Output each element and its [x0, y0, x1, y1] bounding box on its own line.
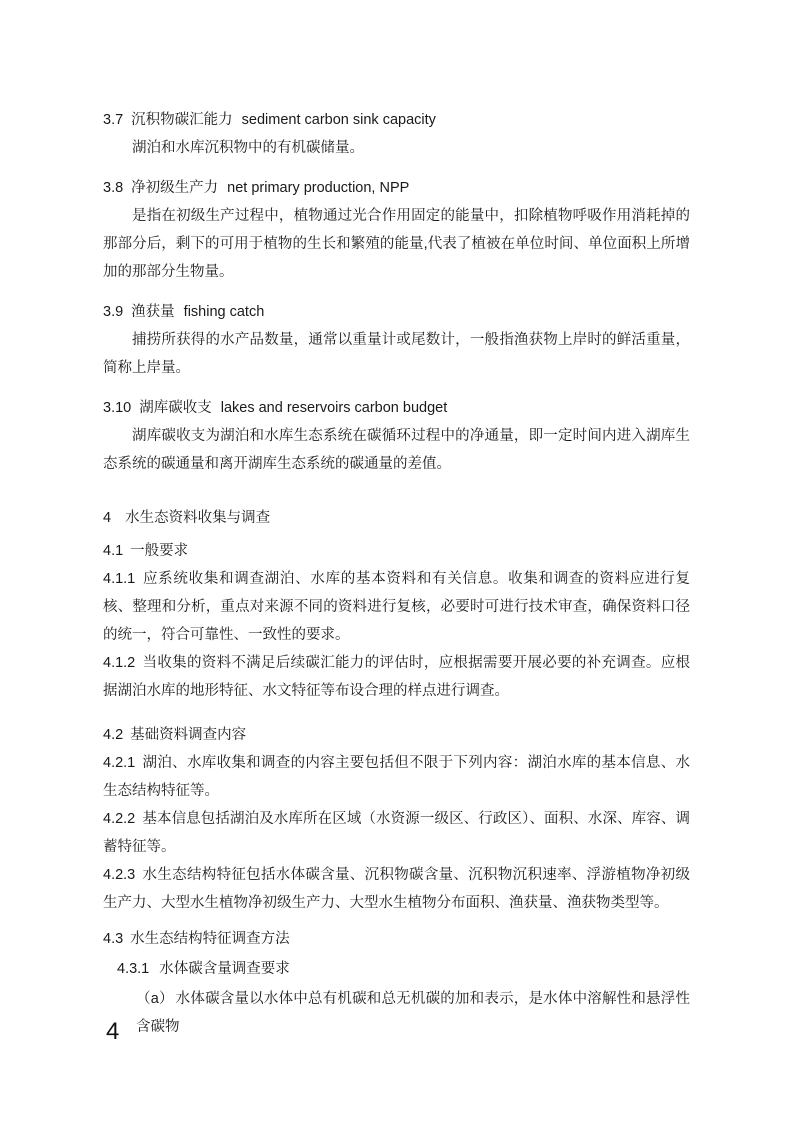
term-heading: 3.7沉积物碳汇能力sediment carbon sink capacity: [103, 106, 690, 134]
term-section-3-9: 3.9渔获量fishing catch 捕捞所获得的水产品数量，通常以重量计或尾…: [103, 298, 690, 382]
term-title-en: sediment carbon sink capacity: [242, 112, 436, 128]
section-4-1: 4.1一般要求 4.1.1应系统收集和调查湖泊、水库的基本资料和有关信息。收集和…: [103, 537, 690, 705]
clause-number: 4.1.2: [103, 655, 135, 671]
subsection-heading-4-3-1: 4.3.1水体碳含量调查要求: [103, 955, 690, 983]
clause-4-1-2: 4.1.2当收集的资料不满足后续碳汇能力的评估时，应根据需要开展必要的补充调查。…: [103, 649, 690, 705]
chapter-heading: 4水生态资料收集与调查: [103, 504, 690, 532]
term-heading: 3.10湖库碳收支lakes and reservoirs carbon bud…: [103, 394, 690, 422]
list-item-a: （a）水体碳含量以水体中总有机碳和总无机碳的加和表示，是水体中溶解性和悬浮性含碳…: [103, 985, 690, 1041]
term-number: 3.7: [103, 112, 123, 128]
document-page: 3.7沉积物碳汇能力sediment carbon sink capacity …: [0, 0, 793, 1122]
clause-4-2-2: 4.2.2基本信息包括湖泊及水库所在区域（水资源一级区、行政区）、面积、水深、库…: [103, 805, 690, 861]
term-number: 3.8: [103, 180, 123, 196]
list-item-text: 水体碳含量以水体中总有机碳和总无机碳的加和表示，是水体中溶解性和悬浮性含碳物: [136, 991, 690, 1035]
clause-text: 水生态结构特征包括水体碳含量、沉积物碳含量、沉积物沉积速率、浮游植物净初级生产力…: [103, 867, 690, 911]
term-title-zh: 沉积物碳汇能力: [131, 112, 233, 128]
term-number: 3.10: [103, 400, 131, 416]
section-4-2: 4.2基础资料调查内容 4.2.1湖泊、水库收集和调查的内容主要包括但不限于下列…: [103, 721, 690, 917]
clause-4-1-1: 4.1.1应系统收集和调查湖泊、水库的基本资料和有关信息。收集和调查的资料应进行…: [103, 565, 690, 649]
term-section-3-10: 3.10湖库碳收支lakes and reservoirs carbon bud…: [103, 394, 690, 478]
clause-4-2-3: 4.2.3水生态结构特征包括水体碳含量、沉积物碳含量、沉积物沉积速率、浮游植物净…: [103, 861, 690, 917]
clause-number: 4.2.2: [103, 811, 135, 827]
section-number: 4.1: [103, 543, 123, 559]
document-content: 3.7沉积物碳汇能力sediment carbon sink capacity …: [0, 0, 793, 1041]
section-number: 4.3: [103, 931, 123, 947]
term-heading: 3.8净初级生产力net primary production, NPP: [103, 174, 690, 202]
term-definition: 是指在初级生产过程中，植物通过光合作用固定的能量中，扣除植物呼吸作用消耗掉的那部…: [103, 202, 690, 286]
term-section-3-8: 3.8净初级生产力net primary production, NPP 是指在…: [103, 174, 690, 286]
clause-number: 4.2.3: [103, 867, 135, 883]
term-title-zh: 湖库碳收支: [139, 400, 212, 416]
clause-text: 当收集的资料不满足后续碳汇能力的评估时，应根据需要开展必要的补充调查。应根据湖泊…: [103, 655, 690, 699]
section-title: 基础资料调查内容: [130, 727, 246, 743]
section-title: 水生态结构特征调查方法: [130, 931, 290, 947]
term-definition: 捕捞所获得的水产品数量，通常以重量计或尾数计，一般指渔获物上岸时的鲜活重量，简称…: [103, 326, 690, 382]
chapter-number: 4: [103, 510, 111, 526]
clause-number: 4.2.1: [103, 755, 135, 771]
chapter-title: 水生态资料收集与调查: [125, 510, 270, 526]
term-title-zh: 渔获量: [131, 304, 175, 320]
term-title-en: fishing catch: [184, 304, 265, 320]
subsection-title: 水体碳含量调查要求: [159, 961, 290, 977]
term-definition: 湖泊和水库沉积物中的有机碳储量。: [103, 134, 690, 162]
clause-text: 基本信息包括湖泊及水库所在区域（水资源一级区、行政区）、面积、水深、库容、调蓄特…: [103, 811, 690, 855]
section-number: 4.2: [103, 727, 123, 743]
term-section-3-7: 3.7沉积物碳汇能力sediment carbon sink capacity …: [103, 106, 690, 162]
term-number: 3.9: [103, 304, 123, 320]
subsection-number: 4.3.1: [117, 961, 149, 977]
section-heading: 4.3水生态结构特征调查方法: [103, 925, 690, 953]
section-4-3: 4.3水生态结构特征调查方法 4.3.1水体碳含量调查要求 （a）水体碳含量以水…: [103, 925, 690, 1041]
term-heading: 3.9渔获量fishing catch: [103, 298, 690, 326]
section-title: 一般要求: [130, 543, 188, 559]
term-title-zh: 净初级生产力: [131, 180, 218, 196]
section-heading: 4.1一般要求: [103, 537, 690, 565]
term-title-en: lakes and reservoirs carbon budget: [221, 400, 448, 416]
page-number: 4: [106, 1019, 119, 1045]
clause-4-2-1: 4.2.1湖泊、水库收集和调查的内容主要包括但不限于下列内容：湖泊水库的基本信息…: [103, 749, 690, 805]
section-heading: 4.2基础资料调查内容: [103, 721, 690, 749]
clause-text: 应系统收集和调查湖泊、水库的基本资料和有关信息。收集和调查的资料应进行复核、整理…: [103, 571, 690, 643]
term-definition: 湖库碳收支为湖泊和水库生态系统在碳循环过程中的净通量，即一定时间内进入湖库生态系…: [103, 422, 690, 478]
clause-number: 4.1.1: [103, 571, 135, 587]
clause-text: 湖泊、水库收集和调查的内容主要包括但不限于下列内容：湖泊水库的基本信息、水生态结…: [103, 755, 690, 799]
list-item-label: （a）: [136, 991, 174, 1007]
term-title-en: net primary production, NPP: [227, 180, 409, 196]
